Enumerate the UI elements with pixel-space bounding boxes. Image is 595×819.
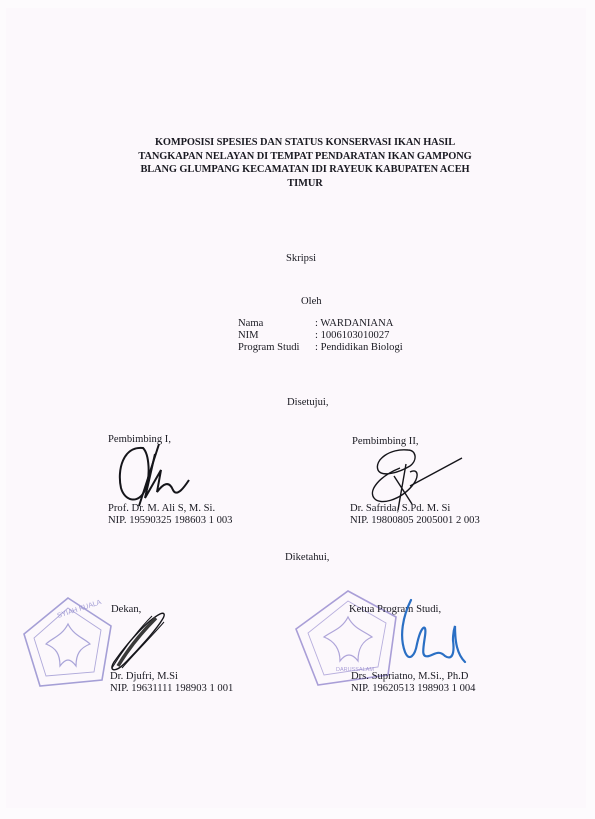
supervisor-1-name: Prof. Dr. M. Ali S, M. Si. — [108, 503, 215, 515]
info-row-nim: NIM : 1006103010027 — [238, 330, 403, 342]
title-line: BLANG GLUMPANG KECAMATAN IDI RAYEUK KABU… — [110, 163, 500, 177]
info-row-program: Program Studi : Pendidikan Biologi — [238, 342, 403, 354]
info-value: : Pendidikan Biologi — [315, 342, 403, 354]
official-2-nip: NIP. 19620513 198903 1 004 — [351, 683, 475, 695]
official-1-nip: NIP. 19631111 198903 1 001 — [110, 683, 233, 695]
signature-icon — [115, 440, 195, 512]
author-info: Nama : WARDANIANA NIM : 1006103010027 Pr… — [238, 318, 403, 354]
info-label: Program Studi — [238, 342, 315, 354]
acknowledged-label: Diketahui, — [285, 552, 329, 564]
faculty-stamp-icon: SYIAH KUALA — [18, 594, 118, 694]
signature-icon — [395, 596, 475, 676]
thesis-title: KOMPOSISI SPESIES DAN STATUS KONSERVASI … — [110, 136, 500, 190]
title-line: TIMUR — [110, 177, 500, 191]
info-label: NIM — [238, 330, 315, 342]
official-2-name: Drs. Supriatno, M.Si., Ph.D — [351, 671, 468, 683]
approved-label: Disetujui, — [287, 397, 329, 409]
supervisor-2-nip: NIP. 19800805 2005001 2 003 — [350, 515, 480, 527]
title-line: KOMPOSISI SPESIES DAN STATUS KONSERVASI … — [110, 136, 500, 150]
info-value: : 1006103010027 — [315, 330, 389, 342]
signature-icon — [104, 610, 174, 674]
document-type: Skripsi — [286, 253, 316, 265]
title-line: TANGKAPAN NELAYAN DI TEMPAT PENDARATAN I… — [110, 150, 500, 164]
supervisor-1-nip: NIP. 19590325 198603 1 003 — [108, 515, 232, 527]
info-row-name: Nama : WARDANIANA — [238, 318, 403, 330]
official-1-name: Dr. Djufri, M.Si — [110, 671, 178, 683]
by-label: Oleh — [301, 296, 322, 308]
info-label: Nama — [238, 318, 315, 330]
supervisor-2-name: Dr. Safrida, S.Pd. M. Si — [350, 503, 450, 515]
info-value: : WARDANIANA — [315, 318, 393, 330]
